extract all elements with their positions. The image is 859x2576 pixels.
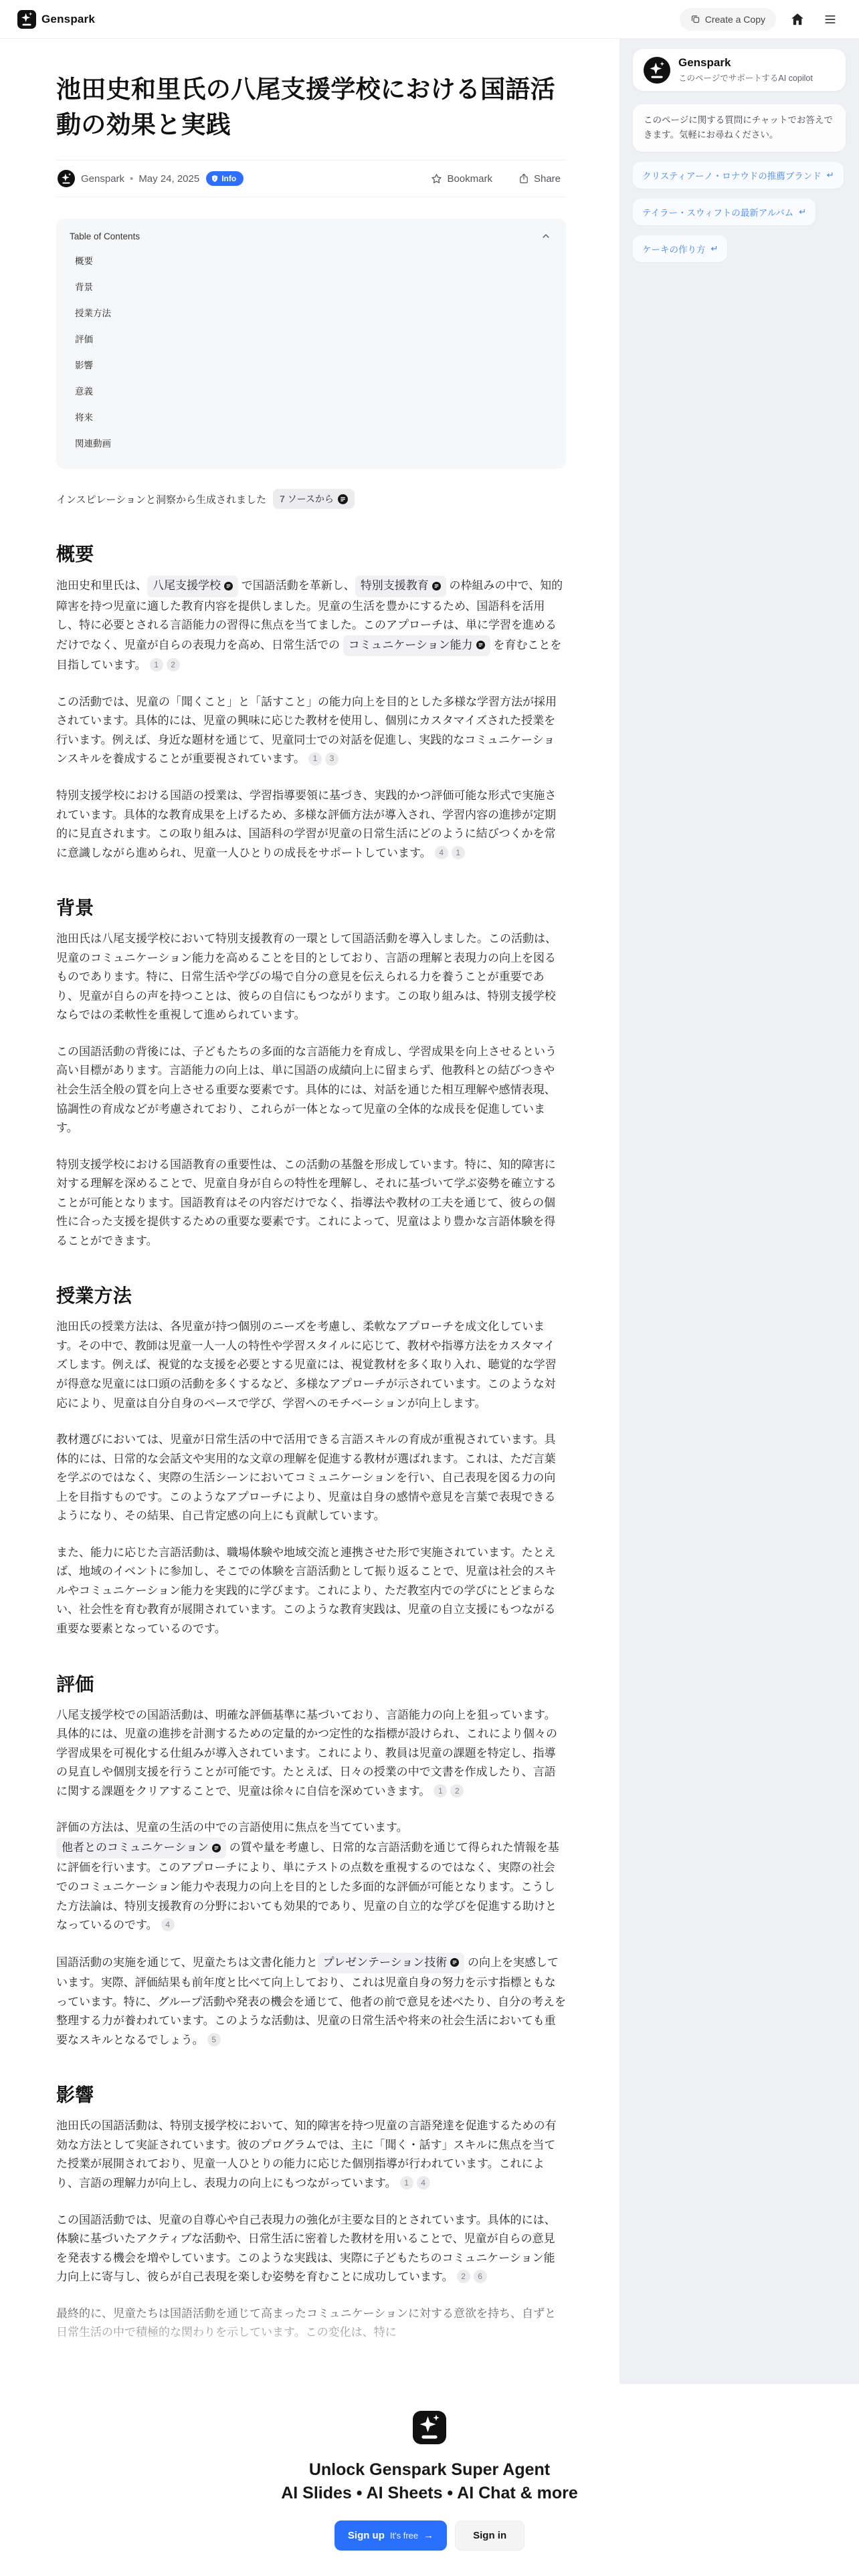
menu-button[interactable]: [819, 8, 842, 31]
meta-separator: •: [130, 173, 133, 185]
copilot-avatar-icon: [644, 57, 670, 84]
info-badge[interactable]: Info: [206, 171, 244, 186]
share-button[interactable]: Share: [514, 172, 565, 185]
toc-collapse-button[interactable]: [539, 229, 553, 243]
article-paragraph: また、能力に応じた言語活動は、職場体験や地域交流と連携させた形で実施されています…: [56, 1543, 566, 1639]
suggestion-chip-2[interactable]: ケーキの作り方↵: [633, 235, 727, 262]
article-paragraph: この活動では、児童の「聞くこと」と「話すこと」の能力向上を目的とした多様な学習方…: [56, 693, 566, 769]
shield-icon: [211, 175, 219, 183]
suggestion-chip-0[interactable]: クリスティアーノ・ロナウドの推薦ブランド↵: [633, 162, 844, 189]
copy-icon: [690, 14, 700, 24]
copilot-card: Genspark このページでサポートするAI copilot: [633, 49, 846, 91]
article-paragraph: 池田氏の国語活動は、特別支援学校において、知的障害を持つ児童の言語発達を促進する…: [56, 2117, 566, 2193]
inline-source-chip[interactable]: 八尾支援学校: [147, 576, 238, 597]
article-paragraph: 最終的に、児童たちは国語活動を通じて高まったコミュニケーションに対する意欲を持ち…: [56, 2304, 566, 2343]
citation-badge[interactable]: 4: [435, 846, 448, 859]
section-heading: 概要: [56, 540, 566, 566]
article-paragraph: 国語活動の実施を通じて、児童たちは文書化能力とプレゼンテーション技術 の向上を実…: [56, 1953, 566, 2050]
toc-item-2[interactable]: 授業方法: [70, 299, 553, 325]
page-title: 池田史和里氏の八尾支援学校における国語活動の効果と実践: [56, 72, 566, 142]
home-button[interactable]: [785, 7, 809, 31]
footer: Unlock Genspark Super Agent AI Slides • …: [0, 2384, 859, 2576]
generated-note: インスピレーションと洞察から生成されました: [56, 492, 266, 506]
toc-item-1[interactable]: 背景: [70, 273, 553, 299]
copilot-subtitle: このページでサポートするAI copilot: [678, 72, 813, 84]
table-of-contents: Table of Contents 概要背景授業方法評価影響意義将来関連動画: [56, 219, 566, 469]
article-paragraph: 池田氏の授業方法は、各児童が持つ個別のニーズを考慮し、柔軟なアプローチを成文化し…: [56, 1317, 566, 1413]
page: Genspark Create a Copy 池田史和里氏の八尾支援学校における…: [0, 0, 859, 2576]
toc-item-0[interactable]: 概要: [70, 247, 553, 273]
inline-source-chip[interactable]: プレゼンテーション技術: [318, 1953, 465, 1974]
article-paragraph: 八尾支援学校での国語活動は、明確な評価基準に基づいており、言語能力の向上を狙って…: [56, 1706, 566, 1802]
arrow-right-icon: →: [423, 2530, 434, 2541]
section-heading: 影響: [56, 2080, 566, 2107]
sources-pill[interactable]: 7 ソースから: [273, 489, 355, 509]
citation-badge[interactable]: 5: [207, 2033, 221, 2046]
citation-badge[interactable]: 1: [150, 658, 163, 671]
toc-item-5[interactable]: 意義: [70, 377, 553, 403]
citation-badge[interactable]: 3: [325, 752, 339, 766]
suggestion-chip-1[interactable]: テイラー・スウィフトの最新アルバム↵: [633, 199, 816, 225]
bookmark-button[interactable]: Bookmark: [426, 172, 496, 186]
citation-badge[interactable]: 1: [434, 1784, 447, 1798]
article-paragraph: この国語活動の背後には、子どもたちの多面的な言語能力を育成し、学習成果を向上させ…: [56, 1043, 566, 1138]
star-icon: [430, 173, 443, 185]
toc-item-4[interactable]: 影響: [70, 351, 553, 377]
article-meta-row: Genspark • May 24, 2025 Info B: [56, 160, 566, 197]
copilot-intro-message: このページに関する質問にチャットでお答えできます。気軽にお尋ねください。: [633, 104, 846, 152]
citation-badge[interactable]: 1: [308, 752, 322, 766]
citation-badge[interactable]: 2: [457, 2270, 470, 2283]
signup-button[interactable]: Sign up It's free →: [335, 2520, 447, 2551]
citation-badge[interactable]: 1: [400, 2176, 413, 2189]
return-arrow-icon: ↵: [799, 207, 806, 217]
citation-badge[interactable]: 6: [474, 2270, 487, 2283]
article-paragraph: 特別支援学校における国語教育の重要性は、この活動の基盤を形成しています。特に、知…: [56, 1156, 566, 1251]
article-sections: 概要池田史和里氏は、八尾支援学校 で国語活動を革新し、特別支援教育 の枠組みの中…: [56, 540, 566, 2343]
article-paragraph: 教材選びにおいては、児童が日常生活の中で活用できる言語スキルの育成が重視されてい…: [56, 1430, 566, 1526]
citation-badge[interactable]: 1: [452, 846, 465, 859]
footer-headline: Unlock Genspark Super Agent AI Slides • …: [269, 2458, 590, 2504]
article-paragraph: 池田氏は八尾支援学校において特別支援教育の一環として国語活動を導入しました。この…: [56, 930, 566, 1025]
article-date: May 24, 2025: [138, 173, 199, 185]
brand-link[interactable]: Genspark: [17, 10, 95, 29]
footer-genspark-logo-icon: [413, 2411, 446, 2444]
toc-list: 概要背景授業方法評価影響意義将来関連動画: [70, 247, 553, 455]
brand-name: Genspark: [41, 13, 95, 26]
toc-item-3[interactable]: 評価: [70, 325, 553, 351]
signin-button[interactable]: Sign in: [455, 2520, 524, 2551]
inline-source-chip[interactable]: 他者とのコミュニケーション: [56, 1838, 226, 1859]
suggestion-list: クリスティアーノ・ロナウドの推薦ブランド↵テイラー・スウィフトの最新アルバム↵ケ…: [633, 162, 846, 262]
body-layout: 池田史和里氏の八尾支援学校における国語活動の効果と実践 Genspark • M…: [0, 39, 859, 2384]
section-heading: 授業方法: [56, 1281, 566, 1308]
section-heading: 評価: [56, 1670, 566, 1697]
citation-badge[interactable]: 4: [161, 1918, 175, 1931]
article-column: 池田史和里氏の八尾支援学校における国語活動の効果と実践 Genspark • M…: [0, 39, 619, 2384]
copilot-name: Genspark: [678, 56, 813, 70]
author-name: Genspark: [81, 173, 124, 185]
article-paragraph: 池田史和里氏は、八尾支援学校 で国語活動を革新し、特別支援教育 の枠組みの中で、…: [56, 576, 566, 675]
inline-source-chip[interactable]: コミュニケーション能力: [343, 635, 490, 657]
copilot-sidebar: Genspark このページでサポートするAI copilot このページに関す…: [619, 39, 859, 2384]
section-heading: 背景: [56, 893, 566, 920]
toc-title: Table of Contents: [70, 231, 140, 241]
inline-source-chip[interactable]: 特別支援教育: [355, 576, 446, 597]
generated-note-row: インスピレーションと洞察から生成されました 7 ソースから: [56, 489, 566, 509]
article-paragraph: この国語活動では、児童の自尊心や自己表現力の強化が主要な目的とされています。具体…: [56, 2211, 566, 2287]
app-header: Genspark Create a Copy: [0, 0, 859, 39]
genspark-logo-icon: [17, 10, 36, 29]
article-paragraph: 特別支援学校における国語の授業は、学習指導要領に基づき、実践的かつ評価可能な形式…: [56, 786, 566, 863]
author-avatar: [58, 170, 75, 187]
article-paragraph: 評価の方法は、児童の生活の中での言語使用に焦点を当てています。他者とのコミュニケ…: [56, 1818, 566, 1935]
return-arrow-icon: ↵: [827, 170, 834, 181]
citation-badge[interactable]: 2: [167, 658, 180, 671]
toc-item-6[interactable]: 将来: [70, 403, 553, 429]
return-arrow-icon: ↵: [711, 243, 719, 254]
share-icon: [518, 173, 530, 185]
citation-badge[interactable]: 4: [417, 2176, 430, 2189]
citation-badge[interactable]: 2: [450, 1784, 464, 1798]
sources-icon: [338, 494, 348, 504]
create-copy-button[interactable]: Create a Copy: [680, 8, 776, 31]
toc-item-7[interactable]: 関連動画: [70, 429, 553, 455]
